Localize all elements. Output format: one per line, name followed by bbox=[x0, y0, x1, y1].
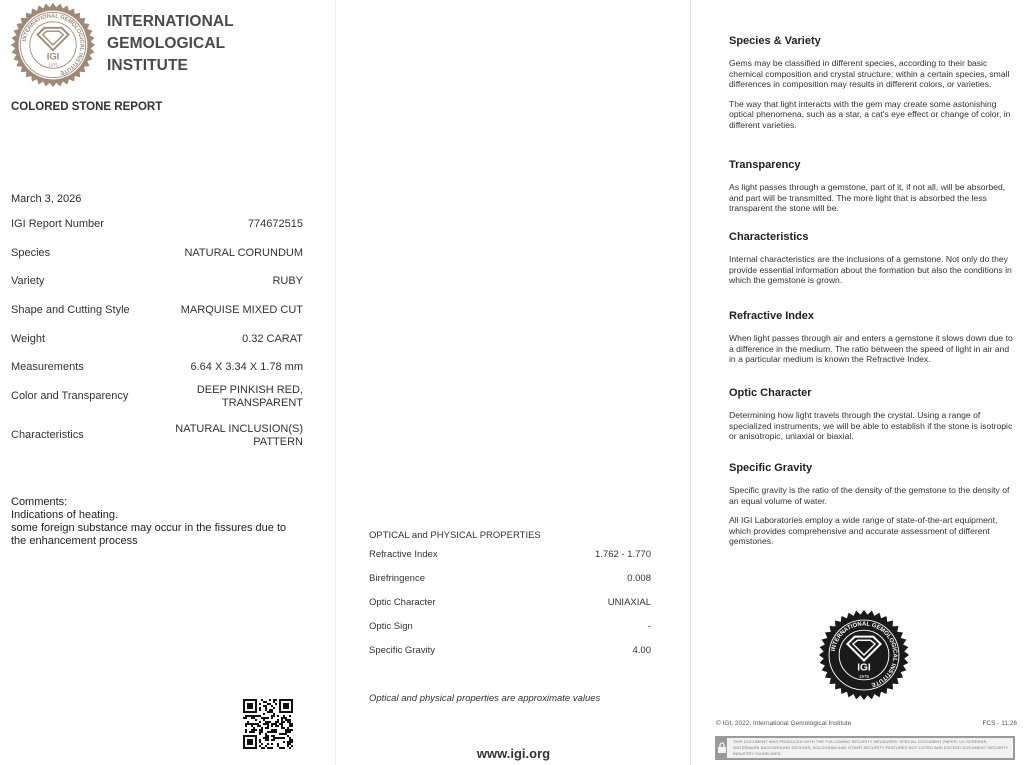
report-date: March 3, 2026 bbox=[11, 193, 81, 205]
info-section: Refractive IndexWhen light passes throug… bbox=[729, 310, 1017, 365]
field-value: 0.32 CARAT bbox=[242, 333, 303, 346]
report-field-row: Color and TransparencyDEEP PINKISH RED,T… bbox=[11, 390, 303, 410]
property-label: Optic Sign bbox=[369, 621, 413, 645]
security-notice: THIS DOCUMENT WAS PRODUCED WITH THE FOLL… bbox=[715, 736, 1015, 760]
property-value: 0.008 bbox=[627, 573, 651, 597]
optical-property-row: Optic CharacterUNIAXIAL bbox=[369, 597, 651, 621]
optical-property-row: Birefringence0.008 bbox=[369, 573, 651, 597]
property-label: Refractive Index bbox=[369, 549, 438, 573]
optical-property-row: Optic Sign- bbox=[369, 621, 651, 645]
brand-line: INTERNATIONAL bbox=[107, 11, 234, 33]
property-value: 1.762 - 1.770 bbox=[595, 549, 651, 573]
info-paragraph: Determining how light travels through th… bbox=[729, 410, 1017, 442]
field-label: Species bbox=[11, 247, 50, 260]
field-value: RUBY bbox=[272, 275, 303, 288]
comments-text: Indications of heating.some foreign subs… bbox=[11, 509, 311, 548]
info-heading: Optic Character bbox=[729, 387, 1017, 399]
report-field-row: Shape and Cutting StyleMARQUISE MIXED CU… bbox=[11, 304, 303, 317]
report-field-row: Weight0.32 CARAT bbox=[11, 333, 303, 346]
report-field-row: VarietyRUBY bbox=[11, 275, 303, 288]
brand-line: INSTITUTE bbox=[107, 55, 234, 77]
property-label: Optic Character bbox=[369, 597, 436, 621]
info-heading: Characteristics bbox=[729, 231, 1017, 243]
property-value: 4.00 bbox=[633, 645, 652, 669]
report-title: COLORED STONE REPORT bbox=[11, 101, 162, 113]
info-panel: Species & VarietyGems may be classified … bbox=[690, 0, 1024, 765]
field-label: Weight bbox=[11, 333, 45, 346]
igi-seal-black-icon: INTERNATIONAL GEMOLOGICAL INSTITUTEIGI19… bbox=[818, 609, 910, 701]
report-field-row: SpeciesNATURAL CORUNDUM bbox=[11, 247, 303, 260]
optical-property-row: Refractive Index1.762 - 1.770 bbox=[369, 549, 651, 573]
brand-line: GEMOLOGICAL bbox=[107, 33, 234, 55]
info-paragraph: The way that light interacts with the ge… bbox=[729, 99, 1017, 131]
field-value: NATURAL CORUNDUM bbox=[184, 247, 303, 260]
comments: Comments: Indications of heating.some fo… bbox=[11, 496, 311, 548]
field-value: DEEP PINKISH RED,TRANSPARENT bbox=[197, 384, 303, 410]
form-code: FCS - 11.26 bbox=[982, 720, 1017, 727]
optical-properties-table: Refractive Index1.762 - 1.770Birefringen… bbox=[369, 549, 651, 669]
field-label: Variety bbox=[11, 275, 44, 288]
website-link[interactable]: www.igi.org bbox=[336, 746, 691, 761]
security-text: THIS DOCUMENT WAS PRODUCED WITH THE FOLL… bbox=[733, 739, 1013, 757]
info-paragraph: As light passes through a gemstone, part… bbox=[729, 182, 1017, 214]
field-label: Characteristics bbox=[11, 429, 84, 449]
info-section: Optic CharacterDetermining how light tra… bbox=[729, 387, 1017, 442]
properties-panel: OPTICAL and PHYSICAL PROPERTIES Refracti… bbox=[335, 0, 691, 765]
comments-label: Comments: bbox=[11, 496, 311, 509]
report-field-row: IGI Report Number774672515 bbox=[11, 218, 303, 231]
field-label: Color and Transparency bbox=[11, 390, 128, 410]
info-heading: Transparency bbox=[729, 159, 1017, 171]
field-label: Measurements bbox=[11, 361, 84, 374]
info-heading: Refractive Index bbox=[729, 310, 1017, 322]
field-label: IGI Report Number bbox=[11, 218, 104, 231]
optical-property-row: Specific Gravity4.00 bbox=[369, 645, 651, 669]
info-section: CharacteristicsInternal characteristics … bbox=[729, 231, 1017, 286]
report-field-row: Measurements6.64 X 3.34 X 1.78 mm bbox=[11, 361, 303, 374]
info-paragraph: Internal characteristics are the inclusi… bbox=[729, 254, 1017, 286]
lock-icon bbox=[717, 738, 727, 758]
property-label: Birefringence bbox=[369, 573, 425, 597]
property-value: UNIAXIAL bbox=[608, 597, 651, 621]
qr-code-icon[interactable] bbox=[243, 699, 293, 749]
info-section: TransparencyAs light passes through a ge… bbox=[729, 159, 1017, 214]
field-value: 6.64 X 3.34 X 1.78 mm bbox=[190, 361, 303, 374]
report-field-row: CharacteristicsNATURAL INCLUSION(S)PATTE… bbox=[11, 429, 303, 449]
svg-text:1975: 1975 bbox=[859, 674, 870, 679]
info-section: Specific GravitySpecific gravity is the … bbox=[729, 462, 1017, 547]
info-paragraph: All IGI Laboratories employ a wide range… bbox=[729, 515, 1017, 547]
field-label: Shape and Cutting Style bbox=[11, 304, 130, 317]
field-value: NATURAL INCLUSION(S)PATTERN bbox=[175, 423, 303, 449]
info-paragraph: When light passes through air and enters… bbox=[729, 333, 1017, 365]
brand-name: INTERNATIONAL GEMOLOGICAL INSTITUTE bbox=[107, 11, 234, 77]
info-heading: Species & Variety bbox=[729, 35, 1017, 47]
svg-text:IGI: IGI bbox=[47, 52, 60, 63]
info-paragraph: Specific gravity is the ratio of the den… bbox=[729, 485, 1017, 506]
report-front-panel: INTERNATIONAL GEMOLOGICAL INSTITUTEIGI19… bbox=[0, 0, 335, 765]
field-value: 774672515 bbox=[248, 218, 303, 231]
svg-text:IGI: IGI bbox=[857, 663, 871, 674]
property-label: Specific Gravity bbox=[369, 645, 435, 669]
approximate-values-note: Optical and physical properties are appr… bbox=[369, 693, 600, 704]
field-value: MARQUISE MIXED CUT bbox=[181, 304, 303, 317]
info-paragraph: Gems may be classified in different spec… bbox=[729, 58, 1017, 90]
info-heading: Specific Gravity bbox=[729, 462, 1017, 474]
igi-seal-logo-icon: INTERNATIONAL GEMOLOGICAL INSTITUTEIGI19… bbox=[10, 2, 96, 88]
optical-properties-title: OPTICAL and PHYSICAL PROPERTIES bbox=[369, 530, 541, 541]
info-section: Species & VarietyGems may be classified … bbox=[729, 35, 1017, 131]
svg-text:1975: 1975 bbox=[48, 62, 58, 67]
property-value: - bbox=[648, 621, 651, 645]
copyright: © IGI, 2022, International Gemological I… bbox=[716, 720, 851, 727]
